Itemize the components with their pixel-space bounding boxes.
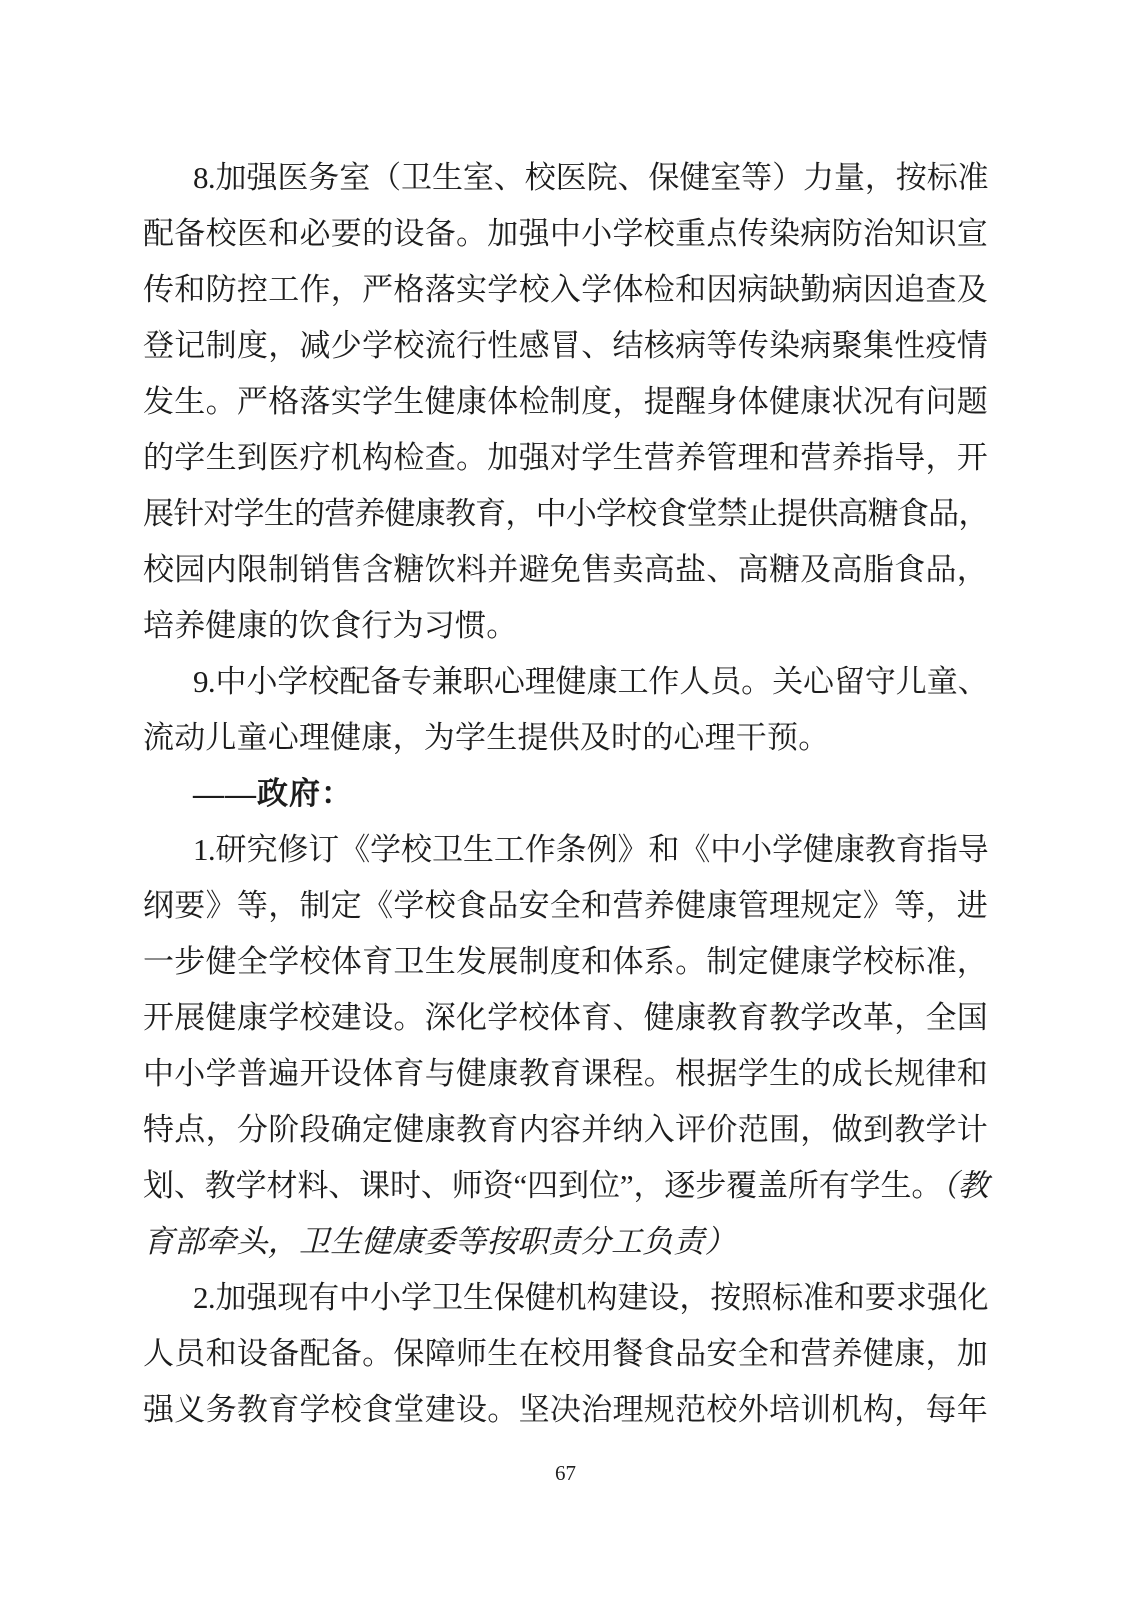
text-line: 一步健全学校体育卫生发展制度和体系。制定健康学校标准， <box>143 934 988 990</box>
text-line: 中小学普遍开设体育与健康教育课程。根据学生的成长规律和 <box>143 1046 988 1102</box>
text-line: 传和防控工作，严格落实学校入学体检和因病缺勤病因追查及 <box>143 262 988 318</box>
text-run: 人员和设备配备。保障师生在校用餐食品安全和营养健康，加 <box>143 1336 988 1371</box>
text-line: 的学生到医疗机构检查。加强对学生营养管理和营养指导，开 <box>143 430 988 486</box>
text-run: 1.研究修订《学校卫生工作条例》和《中小学健康教育指导 <box>193 832 988 867</box>
text-line: 育部牵头，卫生健康委等按职责分工负责） <box>143 1214 988 1270</box>
text-line: 强义务教育学校食堂建设。坚决治理规范校外培训机构，每年 <box>143 1382 988 1438</box>
text-line: 开展健康学校建设。深化学校体育、健康教育教学改革，全国 <box>143 990 988 1046</box>
text-run: 发生。严格落实学生健康体检制度，提醒身体健康状况有问题 <box>143 384 988 419</box>
text-run: 特点，分阶段确定健康教育内容并纳入评价范围，做到教学计 <box>143 1112 988 1147</box>
text-line: 人员和设备配备。保障师生在校用餐食品安全和营养健康，加 <box>143 1326 988 1382</box>
text-line: 培养健康的饮食行为习惯。 <box>143 598 988 654</box>
text-line: 2.加强现有中小学卫生保健机构建设，按照标准和要求强化 <box>143 1270 988 1326</box>
text-run: 一步健全学校体育卫生发展制度和体系。制定健康学校标准， <box>143 944 988 979</box>
page-number: 67 <box>555 1461 576 1485</box>
text-run-kai: （教 <box>942 1168 988 1203</box>
text-run: 校园内限制销售含糖饮料并避免售卖高盐、高糖及高脂食品， <box>143 552 988 587</box>
text-run: 配备校医和必要的设备。加强中小学校重点传染病防治知识宣 <box>143 216 988 251</box>
text-run: 传和防控工作，严格落实学校入学体检和因病缺勤病因追查及 <box>143 272 988 307</box>
text-line: ——政府： <box>143 766 988 822</box>
text-line: 1.研究修订《学校卫生工作条例》和《中小学健康教育指导 <box>143 822 988 878</box>
text-run-kai: 育部牵头，卫生健康委等按职责分工负责） <box>143 1224 736 1259</box>
text-run-bold: ——政府： <box>193 776 353 811</box>
text-run: 登记制度，减少学校流行性感冒、结核病等传染病聚集性疫情 <box>143 328 988 363</box>
page-footer: 67 <box>0 1458 1131 1488</box>
text-line: 8.加强医务室（卫生室、校医院、保健室等）力量，按标准 <box>143 150 988 206</box>
text-run: 中小学普遍开设体育与健康教育课程。根据学生的成长规律和 <box>143 1056 988 1091</box>
document-page: 8.加强医务室（卫生室、校医院、保健室等）力量，按标准配备校医和必要的设备。加强… <box>0 0 1131 1600</box>
text-run: 强义务教育学校食堂建设。坚决治理规范校外培训机构，每年 <box>143 1392 988 1427</box>
text-line: 登记制度，减少学校流行性感冒、结核病等传染病聚集性疫情 <box>143 318 988 374</box>
text-line: 流动儿童心理健康，为学生提供及时的心理干预。 <box>143 710 988 766</box>
text-line: 特点，分阶段确定健康教育内容并纳入评价范围，做到教学计 <box>143 1102 988 1158</box>
text-line: 配备校医和必要的设备。加强中小学校重点传染病防治知识宣 <box>143 206 988 262</box>
text-run: 培养健康的饮食行为习惯。 <box>143 608 517 643</box>
text-line: 纲要》等，制定《学校食品安全和营养健康管理规定》等，进 <box>143 878 988 934</box>
document-body: 8.加强医务室（卫生室、校医院、保健室等）力量，按标准配备校医和必要的设备。加强… <box>143 150 988 1438</box>
text-line: 展针对学生的营养健康教育，中小学校食堂禁止提供高糖食品， <box>143 486 988 542</box>
text-run: 纲要》等，制定《学校食品安全和营养健康管理规定》等，进 <box>143 888 988 923</box>
text-run: 划、教学材料、课时、师资“四到位”，逐步覆盖所有学生。 <box>143 1168 942 1203</box>
text-line: 校园内限制销售含糖饮料并避免售卖高盐、高糖及高脂食品， <box>143 542 988 598</box>
text-line: 划、教学材料、课时、师资“四到位”，逐步覆盖所有学生。（教 <box>143 1158 988 1214</box>
text-line: 发生。严格落实学生健康体检制度，提醒身体健康状况有问题 <box>143 374 988 430</box>
text-run: 的学生到医疗机构检查。加强对学生营养管理和营养指导，开 <box>143 440 988 475</box>
text-run: 2.加强现有中小学卫生保健机构建设，按照标准和要求强化 <box>193 1280 988 1315</box>
text-run: 流动儿童心理健康，为学生提供及时的心理干预。 <box>143 720 829 755</box>
text-line: 9.中小学校配备专兼职心理健康工作人员。关心留守儿童、 <box>143 654 988 710</box>
text-run: 开展健康学校建设。深化学校体育、健康教育教学改革，全国 <box>143 1000 988 1035</box>
text-run: 9.中小学校配备专兼职心理健康工作人员。关心留守儿童、 <box>193 664 988 699</box>
text-run: 展针对学生的营养健康教育，中小学校食堂禁止提供高糖食品， <box>143 496 988 531</box>
text-run: 8.加强医务室（卫生室、校医院、保健室等）力量，按标准 <box>193 160 988 195</box>
